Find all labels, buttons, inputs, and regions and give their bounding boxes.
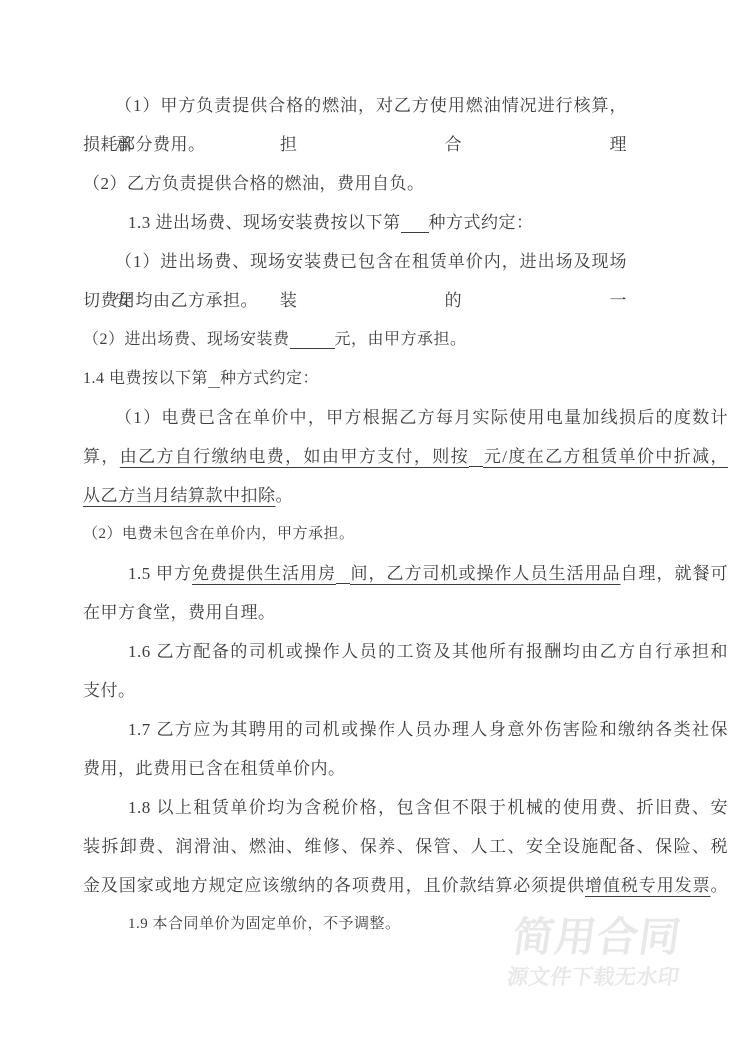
text-run: 元，由甲方承担。 bbox=[335, 331, 467, 348]
contract-line: 装拆卸费、润滑油、燃油、维修、保养、保管、人工、安全设施配备、保险、税 bbox=[83, 827, 728, 866]
fill-in-blank bbox=[469, 451, 483, 467]
underlined-text-run: 元/度在乙方租赁单价中折减， bbox=[483, 447, 728, 466]
contract-line: （1）电费已含在单价中，甲方根据乙方每月实际使用电量加线损后的度数计 bbox=[83, 398, 728, 437]
underlined-text-run: 免费提供生活用房 bbox=[192, 564, 336, 583]
contract-line: 1.4 电费按以下第种方式约定： bbox=[83, 359, 728, 398]
contract-line: （2）电费未包含在单价内，甲方承担。 bbox=[83, 515, 728, 554]
text-run: 1.8 以上租赁单价均为含税价格，包含但不限于机械的使用费、折旧费、安 bbox=[128, 798, 728, 817]
contract-line: （2）乙方负责提供合格的燃油，费用自负。 bbox=[83, 164, 728, 203]
underlined-text-run: 由乙方自行缴纳电费，如由甲方支付，则按 bbox=[120, 447, 469, 466]
text-run: （2）乙方负责提供合格的燃油，费用自负。 bbox=[83, 174, 425, 193]
text-run: 1.5 甲方 bbox=[128, 564, 192, 583]
text-run: 种方式约定： bbox=[220, 370, 319, 387]
fill-in-blank bbox=[290, 333, 335, 349]
text-run: （2）电费未包含在单价内，甲方承担。 bbox=[83, 526, 355, 542]
text-run: 。 bbox=[711, 876, 729, 895]
text-run: 1.3 进出场费、现场安装费按以下第 bbox=[128, 213, 401, 232]
contract-line: （2）进出场费、现场安装费元，由甲方承担。 bbox=[83, 320, 728, 359]
text-run: 种方式约定： bbox=[429, 213, 534, 232]
fill-in-blank bbox=[401, 217, 429, 233]
underlined-text-run: 从乙方当月结算款中扣除 bbox=[83, 486, 276, 505]
contract-line: 在甲方食堂，费用自理。 bbox=[83, 593, 728, 632]
text-run: 1.7 乙方应为其聘用的司机或操作人员办理人身意外伤害险和缴纳各类社保 bbox=[128, 720, 728, 739]
contract-line: 1.7 乙方应为其聘用的司机或操作人员办理人身意外伤害险和缴纳各类社保 bbox=[83, 710, 728, 749]
contract-line: 1.3 进出场费、现场安装费按以下第种方式约定： bbox=[83, 203, 728, 242]
contract-line: 1.8 以上租赁单价均为含税价格，包含但不限于机械的使用费、折旧费、安 bbox=[83, 788, 728, 827]
red-fill-in-blank bbox=[208, 372, 220, 388]
text-run: 切费用均由乙方承担。 bbox=[83, 291, 258, 310]
contract-line: （1）进出场费、现场安装费已包含在租赁单价内，进出场及现场安装的一 bbox=[83, 242, 627, 281]
contract-line: 支付。 bbox=[83, 671, 728, 710]
contract-line: 算，由乙方自行缴纳电费，如由甲方支付，则按元/度在乙方租赁单价中折减， bbox=[83, 437, 728, 476]
underlined-text-run: 间，乙方司机或操作人员生活用品 bbox=[350, 564, 621, 583]
text-run: 1.6 乙方配备的司机或操作人员的工资及其他所有报酬均由乙方自行承担和 bbox=[128, 642, 728, 661]
watermark-subtitle: 源文件下载无水印 bbox=[506, 966, 681, 990]
watermark: 简用合同 源文件下载无水印 bbox=[506, 914, 689, 990]
contract-line: 从乙方当月结算款中扣除。 bbox=[83, 476, 728, 515]
watermark-title: 简用合同 bbox=[510, 914, 688, 960]
text-run: （1）电费已含在单价中，甲方根据乙方每月实际使用电量加线损后的度数计 bbox=[115, 408, 728, 427]
text-run: 金及国家或地方规定应该缴纳的各项费用，且价款结算必须提供 bbox=[83, 876, 585, 895]
contract-line: （1）甲方负责提供合格的燃油，对乙方使用燃油情况进行核算，承担合理 bbox=[83, 86, 627, 125]
fill-in-blank bbox=[336, 568, 350, 584]
text-run: 1.9 本合同单价为固定单价，不予调整。 bbox=[128, 916, 401, 932]
text-run: 算， bbox=[83, 447, 120, 466]
contract-body: （1）甲方负责提供合格的燃油，对乙方使用燃油情况进行核算，承担合理损耗部分费用。… bbox=[83, 86, 728, 944]
contract-line: 1.6 乙方配备的司机或操作人员的工资及其他所有报酬均由乙方自行承担和 bbox=[83, 632, 728, 671]
contract-line: 费用，此费用已含在租赁单价内。 bbox=[83, 749, 728, 788]
text-run: 损耗部分费用。 bbox=[83, 135, 206, 154]
contract-line: 1.5 甲方免费提供生活用房间，乙方司机或操作人员生活用品自理，就餐可 bbox=[83, 554, 728, 593]
text-run: 费用，此费用已含在租赁单价内。 bbox=[83, 759, 346, 778]
text-run: 。 bbox=[276, 486, 294, 505]
text-run: （2）进出场费、现场安装费 bbox=[83, 331, 290, 348]
text-run: 装拆卸费、润滑油、燃油、维修、保养、保管、人工、安全设施配备、保险、税 bbox=[83, 837, 728, 856]
text-run: 1.4 电费按以下第 bbox=[83, 370, 208, 387]
contract-line: 金及国家或地方规定应该缴纳的各项费用，且价款结算必须提供增值税专用发票。 bbox=[83, 866, 728, 905]
document-page: （1）甲方负责提供合格的燃油，对乙方使用燃油情况进行核算，承担合理损耗部分费用。… bbox=[0, 0, 742, 1049]
text-run: 支付。 bbox=[83, 681, 136, 700]
underlined-text-run: 增值税专用发票 bbox=[585, 876, 711, 895]
text-run: 在甲方食堂，费用自理。 bbox=[83, 603, 276, 622]
text-run: 自理，就餐可 bbox=[621, 564, 729, 583]
